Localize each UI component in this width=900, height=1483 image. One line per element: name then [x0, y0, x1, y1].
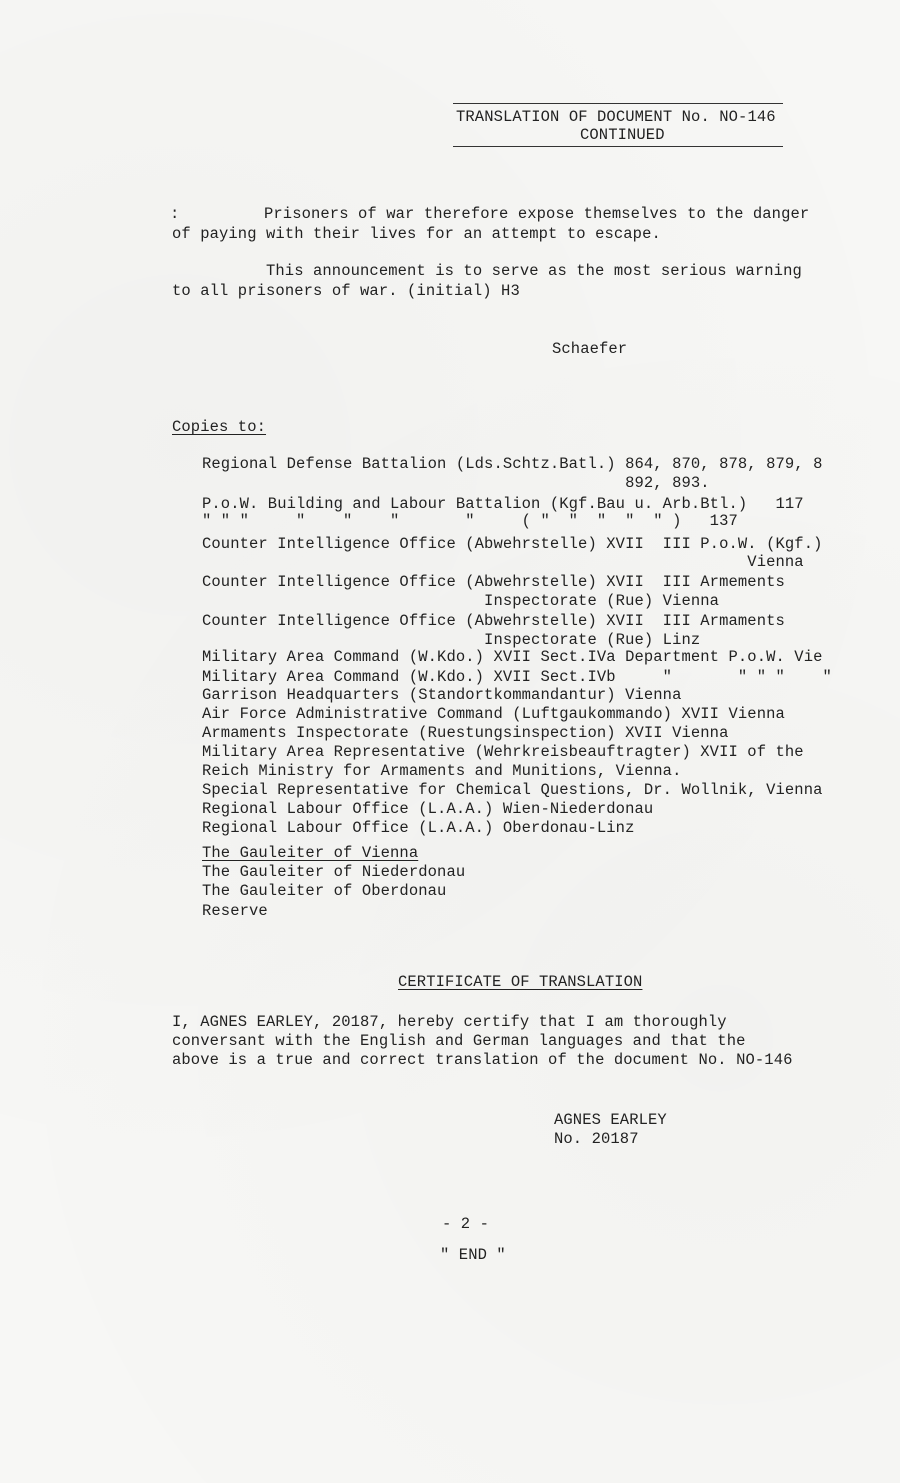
copies-heading: Copies to:: [172, 418, 266, 436]
paragraph-1-line-2: of paying with their lives for an attemp…: [172, 225, 661, 243]
copies-list-item: Regional Defense Battalion (Lds.Schtz.Ba…: [202, 455, 823, 473]
copies-list-item: The Gauleiter of Niederdonau: [202, 863, 465, 881]
copies-list-item: 892, 893.: [202, 474, 710, 492]
header-top-rule: [453, 103, 783, 104]
copies-list-item: P.o.W. Building and Labour Battalion (Kg…: [202, 495, 804, 513]
copies-list-item: Garrison Headquarters (Standortkommandan…: [202, 686, 681, 704]
copies-list-item: Reich Ministry for Armaments and Munitio…: [202, 762, 681, 780]
copies-list-item: " " " " " " " ( " " " " " ) 137: [202, 512, 738, 530]
certificate-line-3: above is a true and correct translation …: [172, 1051, 793, 1069]
signature-name: Schaefer: [552, 340, 627, 358]
copies-list-item: Military Area Representative (Wehrkreisb…: [202, 743, 804, 761]
paragraph-1-line-1: Prisoners of war therefore expose themse…: [264, 205, 809, 223]
copies-list-item: Military Area Command (W.Kdo.) XVII Sect…: [202, 668, 832, 686]
certificate-heading: CERTIFICATE OF TRANSLATION: [398, 973, 642, 991]
copies-list-item: Regional Labour Office (L.A.A.) Wien-Nie…: [202, 800, 653, 818]
copies-list-item: Armaments Inspectorate (Ruestungsinspect…: [202, 724, 728, 742]
paragraph-2-line-1: This announcement is to serve as the mos…: [266, 262, 802, 280]
signer-number: No. 20187: [554, 1130, 639, 1148]
document-title: TRANSLATION OF DOCUMENT No. NO-146: [456, 108, 776, 126]
copies-list-item: Inspectorate (Rue) Vienna: [202, 592, 719, 610]
copies-list-item: Air Force Administrative Command (Luftga…: [202, 705, 785, 723]
copies-list-item: Regional Labour Office (L.A.A.) Oberdona…: [202, 819, 634, 837]
copies-list-item: Special Representative for Chemical Ques…: [202, 781, 823, 799]
paragraph-2-line-2: to all prisoners of war. (initial) H3: [172, 282, 520, 300]
copies-list-item: Inspectorate (Rue) Linz: [202, 631, 700, 649]
margin-mark: :: [170, 205, 179, 223]
copies-list-item: Reserve: [202, 902, 268, 920]
copies-list-item: The Gauleiter of Oberdonau: [202, 882, 446, 900]
copies-list-item: Military Area Command (W.Kdo.) XVII Sect…: [202, 648, 823, 666]
document-subtitle: CONTINUED: [580, 126, 665, 144]
end-mark: " END ": [440, 1246, 506, 1264]
copies-list-item: Vienna: [202, 553, 804, 571]
document-page: TRANSLATION OF DOCUMENT No. NO-146 CONTI…: [0, 0, 900, 1483]
header-bottom-rule: [453, 146, 783, 147]
copies-list-item: Counter Intelligence Office (Abwehrstell…: [202, 573, 785, 591]
page-number: - 2 -: [442, 1215, 489, 1233]
certificate-line-1: I, AGNES EARLEY, 20187, hereby certify t…: [172, 1013, 727, 1031]
copies-list-item: Counter Intelligence Office (Abwehrstell…: [202, 612, 785, 630]
copies-list-item: Counter Intelligence Office (Abwehrstell…: [202, 535, 823, 553]
certificate-line-2: conversant with the English and German l…: [172, 1032, 746, 1050]
signer-name: AGNES EARLEY: [554, 1111, 667, 1129]
copies-list-item: The Gauleiter of Vienna: [202, 844, 418, 862]
